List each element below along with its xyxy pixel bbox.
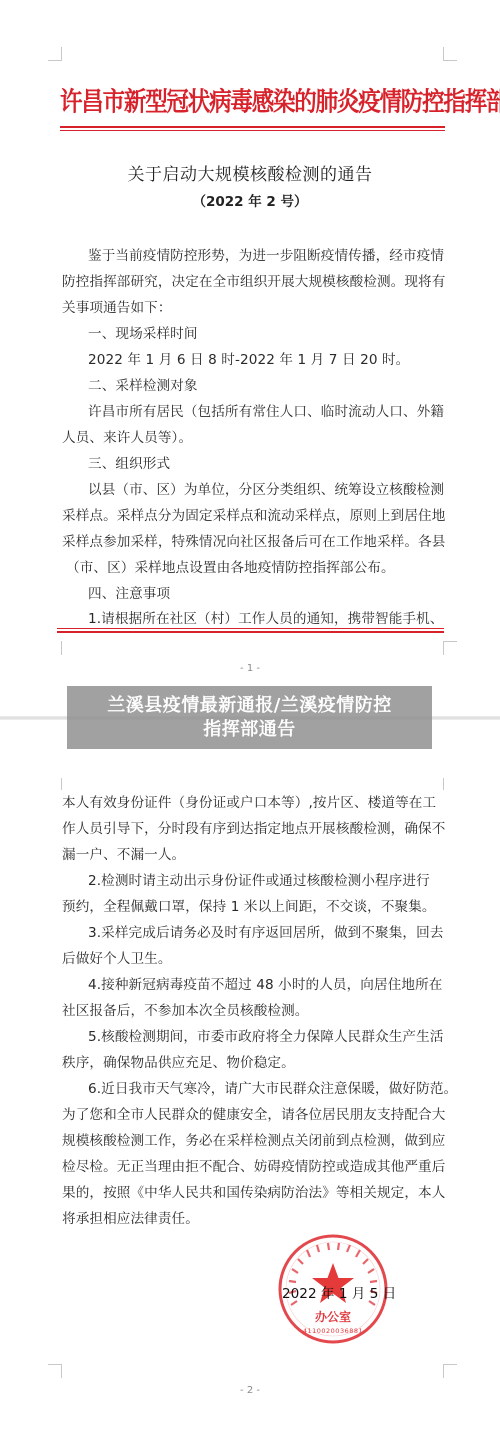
document-title: 关于启动大规模核酸检测的通告 <box>0 160 500 185</box>
page-number: - 2 - <box>0 1385 500 1396</box>
crop-mark-bottom-right <box>443 641 457 655</box>
issuer-header: 许昌市新型冠状病毒感染的肺炎疫情防控指挥部办公室 <box>60 82 448 119</box>
overlay-title-line-2: 指挥部通告 <box>203 718 296 742</box>
paragraph-line: 4.接种新冠病毒疫苗不超过 48 小时的人员，向居住地所在 <box>88 973 442 993</box>
header-rule-thick <box>60 126 445 128</box>
paragraph-line: 为了您和全市人民群众的健康安全，请各位居民朋友支持配合大 <box>62 1103 445 1123</box>
paragraph-line: 1.请根据所在社区（村）工作人员的通知，携带智能手机、 <box>88 607 444 627</box>
crop-mark-top-left <box>48 47 62 61</box>
paragraph-line: 漏一户、不漏一人。 <box>62 843 185 863</box>
header-rule-thin <box>60 130 445 131</box>
paragraph-line: 检尽检。无正当理由拒不配合、妨碍疫情防控或造成其他严重后 <box>62 1155 445 1175</box>
section-heading: 一、现场采样时间 <box>88 322 198 342</box>
crop-mark-top-right <box>443 778 444 790</box>
paragraph-line: 预约，全程佩戴口罩，保持 1 米以上间距，不交谈，不聚集。 <box>62 895 436 915</box>
paragraph-line: 人员、来许人员等）。 <box>62 426 192 446</box>
crop-mark-bottom-left <box>48 1364 62 1378</box>
overlay-title-line-1: 兰溪县疫情最新通报/兰溪疫情防控 <box>107 694 392 718</box>
paragraph-line: 2.检测时请主动出示身份证件或通过核酸检测小程序进行 <box>88 869 430 889</box>
paragraph-line: 后做好个人卫生。 <box>62 947 172 967</box>
document-number: （2022 年 2 号） <box>0 190 500 210</box>
section-heading: 四、注意事项 <box>88 582 170 602</box>
paragraph-line: 果的，按照《中华人民共和国传染病防治法》等相关规定，本人 <box>62 1181 445 1201</box>
crop-mark-bottom-left <box>48 641 62 655</box>
paragraph-line: （市、区）采样地点设置由各地疫情防控指挥部公布。 <box>66 556 395 576</box>
paragraph-line: 关事项通告如下： <box>62 296 172 316</box>
paragraph-line: 以县（市、区）为单位，分区分类组织、统筹设立核酸检测 <box>88 478 444 498</box>
paragraph-line: 本人有效身份证件（身份证或户口本等）,按片区、楼道等在工 <box>62 791 436 811</box>
paragraph-line: 6.近日我市天气寒冷，请广大市民群众注意保暖，做好防范。 <box>88 1077 457 1097</box>
section-heading: 二、采样检测对象 <box>88 374 198 394</box>
issue-date: 2022 年 1 月 5 日 <box>282 1282 396 1302</box>
page-number: - 1 - <box>0 663 500 674</box>
svg-text:4110020036881: 4110020036881 <box>303 1327 363 1335</box>
paragraph-line: 秩序，确保物品供应充足、物价稳定。 <box>62 1051 295 1071</box>
paragraph-line: 2022 年 1 月 6 日 8 时-2022 年 1 月 7 日 20 时。 <box>88 348 409 368</box>
svg-text:办公室: 办公室 <box>315 1309 351 1324</box>
footer-rule-thin <box>57 628 444 629</box>
footer-rule-thick <box>57 631 444 633</box>
paragraph-line: 作人员引导下，分时段有序到达指定地点开展核酸检测，确保不 <box>62 817 445 837</box>
crop-mark-top-left <box>61 778 62 790</box>
paragraph-line: 将承担相应法律责任。 <box>62 1207 199 1227</box>
paragraph-line: 社区报备后，不参加本次全员核酸检测。 <box>62 999 309 1019</box>
paragraph-line: 采样点。采样点分为固定采样点和流动采样点，原则上到居住地 <box>62 504 445 524</box>
paragraph-line: 防控指挥部研究，决定在全市组织开展大规模核酸检测。现将有 <box>62 270 445 290</box>
crop-mark-top-right <box>443 47 457 61</box>
paragraph-line: 3.采样完成后请务必及时有序返回居所，做到不聚集，回去 <box>88 921 444 941</box>
section-heading: 三、组织形式 <box>88 452 170 472</box>
paragraph-line: 采样点参加采样，特殊情况向社区报备后可在工作地采样。各县 <box>62 530 445 550</box>
article-title-overlay: 兰溪县疫情最新通报/兰溪疫情防控 指挥部通告 <box>67 686 432 749</box>
paragraph-line: 5.核酸检测期间，市委市政府将全力保障人民群众生产生活 <box>88 1025 444 1045</box>
paragraph-line: 许昌市所有居民（包括所有常住人口、临时流动人口、外籍 <box>88 400 444 420</box>
paragraph-line: 鉴于当前疫情防控形势，为进一步阻断疫情传播，经市疫情 <box>88 244 444 264</box>
paragraph-line: 规模核酸检测工作，务必在采样检测点关闭前到点检测，做到应 <box>62 1129 445 1149</box>
crop-mark-bottom-right <box>443 1364 457 1378</box>
